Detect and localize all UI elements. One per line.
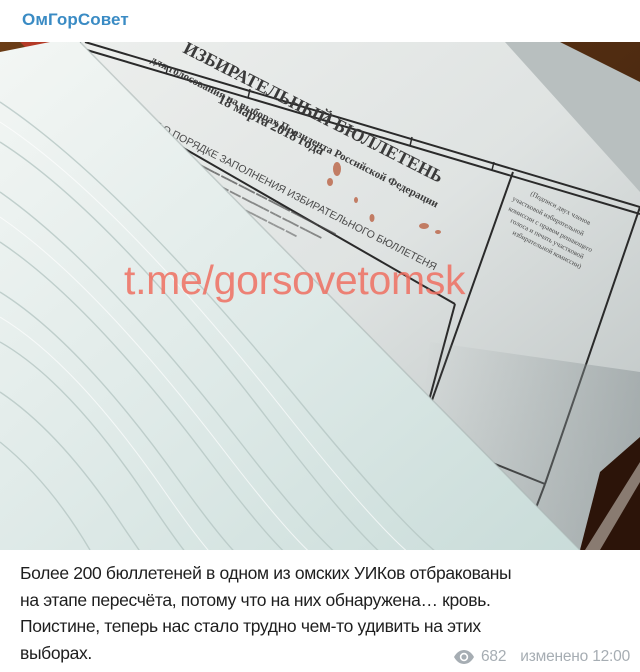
- channel-title[interactable]: ОмГорСовет: [22, 10, 129, 30]
- view-count: 682: [481, 648, 506, 666]
- caption-line: Более 200 бюллетеней в одном из омских У…: [20, 560, 620, 587]
- channel-post: ОмГорСовет: [0, 0, 640, 672]
- post-photo[interactable]: ИЗБИРАТЕЛЬНЫЙ БЮЛЛЕТЕНЬ для голосования …: [0, 42, 640, 550]
- caption-line: на этапе пересчёта, потому что на них об…: [20, 587, 620, 614]
- caption-line: Поистине, теперь нас стало трудно чем-то…: [20, 613, 620, 640]
- watermark: t.me/gorsovetomsk: [124, 257, 465, 304]
- post-time: 12:00: [592, 648, 630, 666]
- post-meta: 682 изменено 12:00: [453, 648, 630, 666]
- edited-label: изменено: [520, 648, 588, 666]
- eye-icon: [453, 650, 475, 664]
